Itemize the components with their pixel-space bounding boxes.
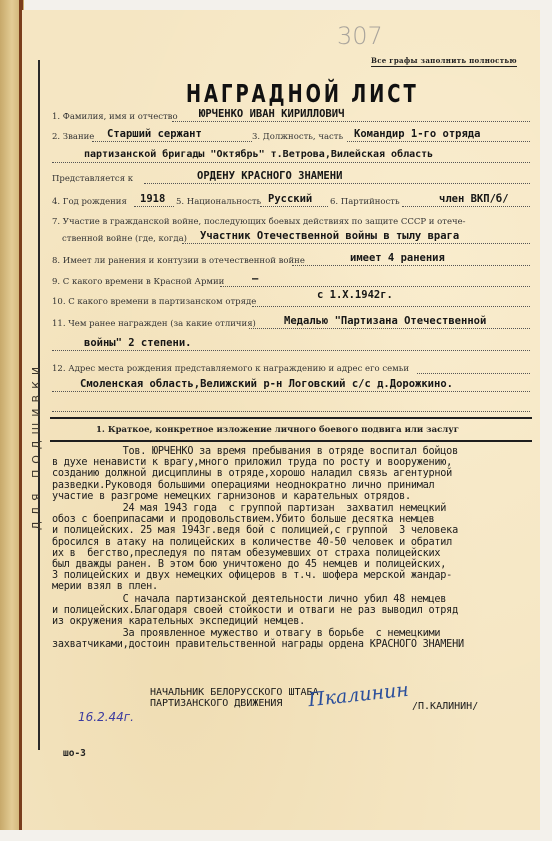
field-value: Медалью "Партизана Отечественной <box>284 315 486 327</box>
field-address: 12. Адрес места рождения представляемого… <box>52 360 530 376</box>
field-label: 5. Национальность <box>176 197 261 207</box>
field-value: член ВКП/б/ <box>439 193 509 205</box>
field-previous-awards: 11. Чем ранее награжден (за какие отличи… <box>52 315 530 331</box>
field-label: 6. Партийность <box>330 197 400 207</box>
narrative-line: в духе ненависти к врагу,много приложил … <box>52 457 538 468</box>
field-value: Старший сержант <box>107 128 202 140</box>
narrative-line: их в бегство,преследуя по пятам обезумев… <box>52 548 538 559</box>
narrative-line: захватчиками,достоин правительственной н… <box>52 639 538 650</box>
field-label: 11. Чем ранее награжден (за какие отличи… <box>52 319 256 329</box>
signature-title-line1: НАЧАЛЬНИК БЕЛОРУССКОГО ШТАБА <box>150 687 319 698</box>
document-title: НАГРАДНОЙ ЛИСТ <box>186 78 419 108</box>
field-value: Командир 1-го отряда <box>354 128 480 140</box>
field-value: имеет 4 ранения <box>350 252 445 264</box>
field-full-name: 1. Фамилия, имя и отчество ЮРЧЕНКО ИВАН … <box>52 108 530 124</box>
field-label: 7. Участие в гражданской войне, последую… <box>52 217 466 227</box>
field-label: ственной войне (где, когда) <box>62 234 187 244</box>
narrative-line: созданию должной дисциплины в отряде,хор… <box>52 468 538 479</box>
field-value: Смоленская область,Велижский р-н Логовск… <box>80 378 453 390</box>
narrative-line: мерии взял в плен. <box>52 581 538 592</box>
field-war-participation-cont: ственной войне (где, когда) Участник Оте… <box>52 230 530 246</box>
narrative-line: и полицейских. 25 мая 1943г.ведя бой с п… <box>52 525 538 536</box>
field-address-blank <box>52 398 530 414</box>
field-value: 1918 <box>140 193 165 205</box>
side-label: ДЛЯ ПОДШИВКИ <box>30 330 50 530</box>
field-label: 3. Должность, часть <box>252 132 343 142</box>
narrative-line: был дважды ранен. В этом бою уничтожено … <box>52 559 538 570</box>
field-value: ОРДЕНУ КРАСНОГО ЗНАМЕНИ <box>197 170 342 182</box>
narrative-line: За проявленное мужество и отвагу в борьб… <box>52 628 538 639</box>
field-value: войны" 2 степени. <box>84 337 191 349</box>
field-wounds: 8. Имеет ли ранения и контузии в отечест… <box>52 252 530 268</box>
section-heading: 1. Краткое, конкретное изложение личного… <box>96 425 459 435</box>
field-value: Участник Отечественной войны в тылу враг… <box>200 230 459 242</box>
section-divider <box>50 417 532 419</box>
field-label: 9. С какого времени в Красной Армии <box>52 277 224 287</box>
narrative-line: С начала партизанской деятельности лично… <box>52 594 538 605</box>
narrative-line: разведки.Руководя большими операциями не… <box>52 480 538 491</box>
signer-name: /П.КАЛИНИН/ <box>412 701 478 712</box>
narrative-line: 24 мая 1943 года с группой партизан захв… <box>52 503 538 514</box>
field-previous-awards-cont: войны" 2 степени. <box>52 337 530 353</box>
handwritten-date: 16.2.44г. <box>78 710 134 724</box>
field-value: Русский <box>268 193 312 205</box>
field-nominated-for: Представляется к ОРДЕНУ КРАСНОГО ЗНАМЕНИ <box>52 170 530 186</box>
field-label: 4. Год рождения <box>52 197 127 207</box>
field-value: ЮРЧЕНКО ИВАН КИРИЛЛОВИЧ <box>199 108 344 120</box>
narrative-line: из окружения карательных экспедиций немц… <box>52 616 538 627</box>
field-label: 2. Звание <box>52 132 94 142</box>
field-position-cont: партизанской бригады "Октябрь" т.Ветрова… <box>52 149 530 165</box>
field-value: – <box>252 273 258 285</box>
signature-title: НАЧАЛЬНИК БЕЛОРУССКОГО ШТАБА ПАРТИЗАНСКО… <box>150 687 319 709</box>
field-partisan-since: 10. С какого времени в партизанском отря… <box>52 293 530 309</box>
field-label: 8. Имеет ли ранения и контузии в отечест… <box>52 256 305 266</box>
narrative-line: Тов. ЮРЧЕНКО за время пребывания в отряд… <box>52 446 538 457</box>
field-birth-nationality-party: 4. Год рождения 1918 5. Национальность Р… <box>52 193 530 209</box>
form-code: шо-3 <box>63 748 86 759</box>
field-label: 10. С какого времени в партизанском отря… <box>52 297 256 307</box>
field-label: 12. Адрес места рождения представляемого… <box>52 364 409 374</box>
narrative-line: и полицейских.Благодаря своей стойкости … <box>52 605 538 616</box>
field-label: 1. Фамилия, имя и отчество <box>52 112 178 122</box>
field-value: с 1.X.1942г. <box>317 289 393 301</box>
signature-title-line2: ПАРТИЗАНСКОГО ДВИЖЕНИЯ <box>150 698 282 709</box>
narrative-line: обоз с боеприпасами и продовольствием.Уб… <box>52 514 538 525</box>
field-label: Представляется к <box>52 174 133 184</box>
field-address-value: Смоленская область,Велижский р-н Логовск… <box>52 378 530 394</box>
narrative-line: 3 полицейских и двух немецких офицеров в… <box>52 570 538 581</box>
section-divider <box>50 440 532 442</box>
field-value: партизанской бригады "Октябрь" т.Ветрова… <box>84 149 433 160</box>
field-rank-position: 2. Звание Старший сержант 3. Должность, … <box>52 128 530 144</box>
field-red-army-since: 9. С какого времени в Красной Армии – <box>52 273 530 289</box>
field-war-participation: 7. Участие в гражданской войне, последую… <box>52 213 530 229</box>
narrative-line: участие в разгроме немецких гарнизонов и… <box>52 491 538 502</box>
archive-number: 307 <box>337 22 383 50</box>
narrative-text: Тов. ЮРЧЕНКО за время пребывания в отряд… <box>52 446 538 651</box>
fill-note: Все графы заполнить полностью <box>371 56 517 67</box>
narrative-line: бросился в атаку на полицейских в количе… <box>52 537 538 548</box>
